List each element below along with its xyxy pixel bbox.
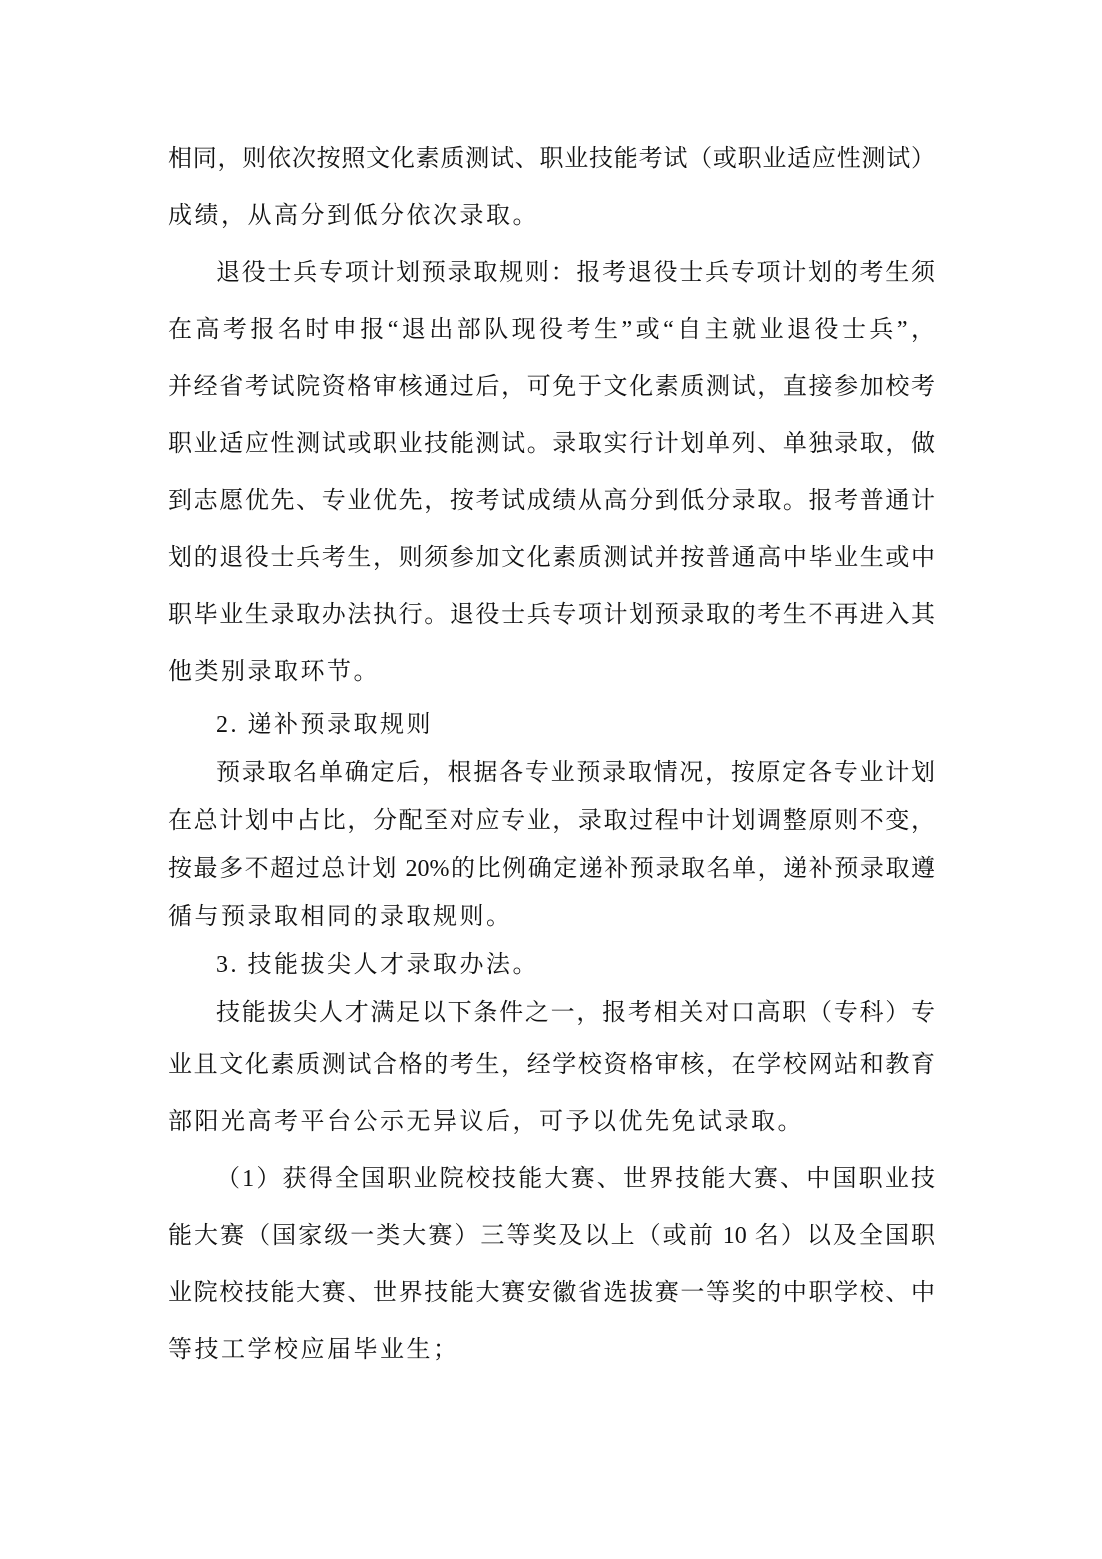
text-line: 职业适应性测试或职业技能测试。录取实行计划单列、单独录取，做 <box>168 416 935 473</box>
text-line: 部阳光高考平台公示无异议后，可予以优先免试录取。 <box>168 1094 935 1151</box>
text-line: 等技工学校应届毕业生； <box>168 1322 935 1379</box>
text-column: 相同，则依次按照文化素质测试、职业技能考试（或职业适应性测试） 成绩，从高分到低… <box>168 131 935 1379</box>
text-line: 并经省考试院资格审核通过后，可免于文化素质测试，直接参加校考 <box>168 359 935 416</box>
text-line: （1）获得全国职业院校技能大赛、世界技能大赛、中国职业技 <box>168 1151 935 1208</box>
text-line: 在高考报名时申报“退出部队现役考生”或“自主就业退役士兵”， <box>168 302 935 359</box>
text-line: 退役士兵专项计划预录取规则：报考退役士兵专项计划的考生须 <box>168 245 935 302</box>
text-line: 能大赛（国家级一类大赛）三等奖及以上（或前 10 名）以及全国职 <box>168 1208 935 1265</box>
text-line: 循与预录取相同的录取规则。 <box>168 893 935 941</box>
text-line: 预录取名单确定后，根据各专业预录取情况，按原定各专业计划 <box>168 749 935 797</box>
section-heading-2: 2. 递补预录取规则 <box>168 701 935 749</box>
text-line: 他类别录取环节。 <box>168 644 935 701</box>
text-line: 技能拔尖人才满足以下条件之一，报考相关对口高职（专科）专 <box>168 989 935 1037</box>
text-line: 业且文化素质测试合格的考生，经学校资格审核，在学校网站和教育 <box>168 1037 935 1094</box>
text-line: 职毕业生录取办法执行。退役士兵专项计划预录取的考生不再进入其 <box>168 587 935 644</box>
text-line: 业院校技能大赛、世界技能大赛安徽省选拔赛一等奖的中职学校、中 <box>168 1265 935 1322</box>
text-line: 按最多不超过总计划 20%的比例确定递补预录取名单，递补预录取遵 <box>168 845 935 893</box>
text-line: 相同，则依次按照文化素质测试、职业技能考试（或职业适应性测试） <box>168 131 935 188</box>
text-line: 到志愿优先、专业优先，按考试成绩从高分到低分录取。报考普通计 <box>168 473 935 530</box>
document-page: 相同，则依次按照文化素质测试、职业技能考试（或职业适应性测试） 成绩，从高分到低… <box>0 0 1102 1559</box>
text-line: 在总计划中占比，分配至对应专业，录取过程中计划调整原则不变， <box>168 797 935 845</box>
text-line: 成绩，从高分到低分依次录取。 <box>168 188 935 245</box>
text-line: 划的退役士兵考生，则须参加文化素质测试并按普通高中毕业生或中 <box>168 530 935 587</box>
section-heading-3: 3. 技能拔尖人才录取办法。 <box>168 941 935 989</box>
